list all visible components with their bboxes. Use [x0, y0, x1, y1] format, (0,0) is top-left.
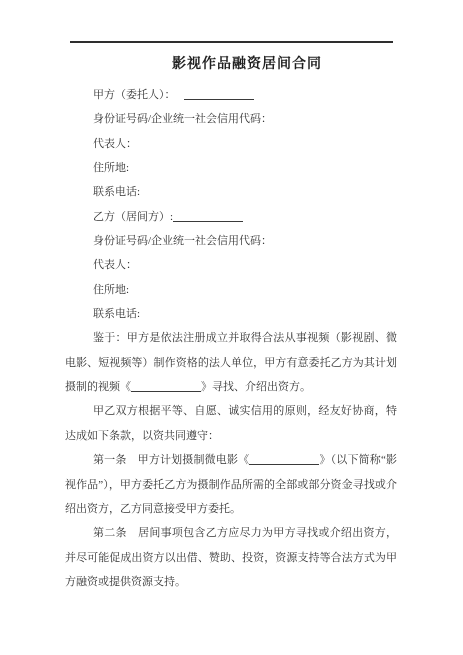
film-title-blank: [249, 463, 319, 465]
party-a-id-label: 身份证号码/企业统一社会信用代码：: [93, 113, 272, 125]
party-b-id-label: 身份证号码/企业统一社会信用代码：: [93, 235, 272, 247]
party-a-phone-label: 联系电话:: [93, 186, 140, 198]
party-b-address-line: 住所地:: [65, 278, 397, 302]
party-b-phone-label: 联系电话:: [93, 308, 140, 320]
party-a-representative-label: 代表人：: [93, 138, 137, 150]
party-b-representative-label: 代表人：: [93, 259, 137, 271]
document-title: 影视作品融资居间合同: [81, 42, 413, 83]
party-a-address-label: 住所地:: [93, 162, 129, 174]
party-a-representative-line: 代表人：: [65, 132, 397, 156]
party-b-phone-line: 联系电话:: [65, 302, 397, 326]
clause-1-paragraph: 第一条 甲方计划摄制微电影《》（以下简称“影视作品”），甲方委托乙方为摄制作品所…: [65, 448, 397, 521]
party-b-id-line: 身份证号码/企业统一社会信用代码：: [65, 229, 397, 253]
party-a-name-blank: [184, 98, 254, 100]
recital-whereas-text-after: 》寻找、介绍出资方。: [201, 381, 311, 393]
contract-page: 影视作品融资居间合同 甲方（委托人）： 身份证号码/企业统一社会信用代码： 代表…: [0, 0, 463, 655]
party-b-name-blank: [173, 220, 243, 222]
party-a-address-line: 住所地:: [65, 156, 397, 180]
video-title-blank: [131, 390, 201, 392]
party-a-name-line: 甲方（委托人）：: [65, 83, 397, 107]
party-a-name-label: 甲方（委托人）：: [93, 89, 176, 101]
party-b-representative-line: 代表人：: [65, 253, 397, 277]
contract-body: 影视作品融资居间合同 甲方（委托人）： 身份证号码/企业统一社会信用代码： 代表…: [65, 42, 397, 594]
clause-1-text-before: 第一条 甲方计划摄制微电影《: [93, 454, 249, 466]
party-b-name-line: 乙方（居间方）:: [65, 205, 397, 229]
party-b-address-label: 住所地:: [93, 284, 129, 296]
party-a-id-line: 身份证号码/企业统一社会信用代码：: [65, 107, 397, 131]
recital-whereas-paragraph: 鉴于：甲方是依法注册成立并取得合法从事视频（影视剧、微电影、短视频等）制作资格的…: [65, 326, 397, 399]
party-b-name-label: 乙方（居间方）:: [93, 211, 173, 223]
recital-agreement-paragraph: 甲乙双方根据平等、自愿、诚实信用的原则，经友好协商，特达成如下条款，以资共同遵守…: [65, 399, 397, 448]
clause-2-paragraph: 第二条 居间事项包含乙方应尽力为甲方寻找或介绍出资方，并尽可能促成出资方以出借、…: [65, 521, 397, 594]
party-a-phone-line: 联系电话:: [65, 180, 397, 204]
